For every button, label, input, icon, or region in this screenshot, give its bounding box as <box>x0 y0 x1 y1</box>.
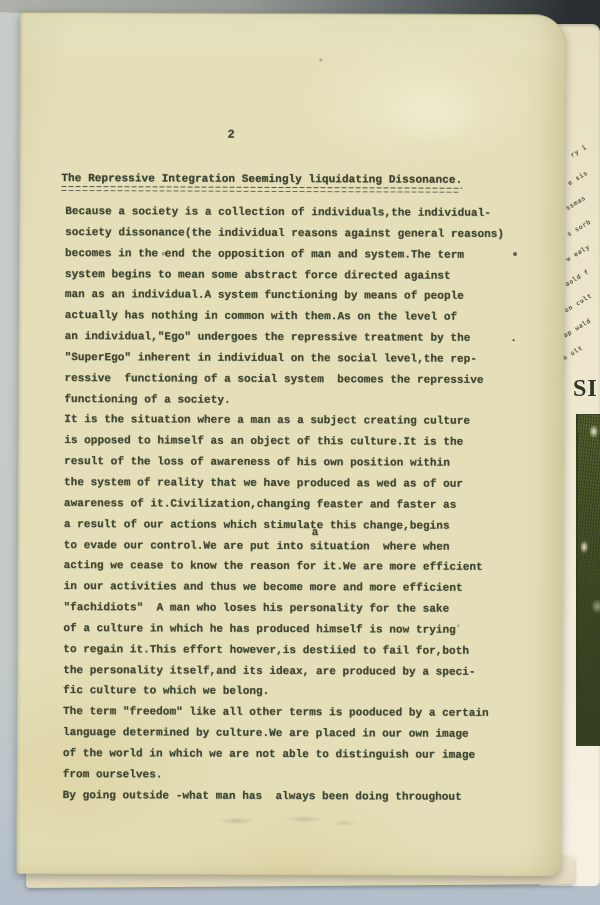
typed-line: to regain it.This effort however,is dest… <box>63 640 533 663</box>
typed-line: is opposed to himself as an object of th… <box>64 431 534 454</box>
engraving-illustration-fragment <box>576 414 600 746</box>
typed-line: the personality itself,and its ideax, ar… <box>63 661 533 684</box>
edge-text-fragment: ssmas <box>565 195 588 212</box>
document-title: The Repressive Integration Seemingly liq… <box>61 171 462 193</box>
edge-text-fragment: s sorb <box>566 219 592 239</box>
paper-specks <box>20 13 22 15</box>
typed-line: "fachidiots" A man who loses his persona… <box>63 598 533 621</box>
typed-line: awareness of it.Civilization,changing fe… <box>64 494 534 517</box>
typed-line: a result of our actions which stimulate … <box>64 515 534 538</box>
typed-line: It is the situation where a man as a sub… <box>64 410 534 433</box>
typed-line: becomes in the end the opposition of man… <box>65 244 535 267</box>
typed-line: ressive functioning of a social system b… <box>64 369 534 392</box>
typed-line: Because a society is a collection of ind… <box>65 202 535 225</box>
ink-smudge <box>207 812 357 831</box>
typed-line: language determined by culture.We are pl… <box>63 723 533 746</box>
typed-line: to evade our control.We are put into sit… <box>64 536 534 559</box>
typed-line: The term "freedom" like all other terms … <box>63 702 533 725</box>
edge-text-fragment: n ult <box>562 345 585 362</box>
next-page-heading-fragment: SI <box>573 376 598 402</box>
edge-text-fragment: aold f <box>564 269 590 289</box>
typed-line: result of the loss of awareness of his o… <box>64 452 534 475</box>
typed-line: in our activities and thus we become mor… <box>64 577 534 600</box>
paper-show-through <box>369 74 489 155</box>
typed-line: from ourselves. <box>63 765 533 788</box>
typed-line: "SuperEgo" inherent in individual on the… <box>65 348 535 371</box>
typed-line: fic culture to which we belong. <box>63 681 533 704</box>
typed-line: an individual,"Ego" undergoes the repres… <box>65 327 535 350</box>
edge-text-fragment: e sis <box>567 170 590 187</box>
body-text: Because a society is a collection of ind… <box>63 202 536 809</box>
page-number: 2 <box>228 128 235 142</box>
typed-line: By going outside -what man has always be… <box>63 786 533 809</box>
typed-line: acting we cease to know the reason for i… <box>64 556 534 579</box>
edge-text-fragment: w ealy <box>565 244 591 264</box>
typewritten-sheet: 2 The Repressive Integration Seemingly l… <box>16 12 565 876</box>
photo-of-typewritten-page: ry i e sis ssmas s sorb w ealy aold f on… <box>0 0 600 905</box>
edge-text-fragment: ap wald <box>562 318 592 340</box>
typed-line: actually has nothing in common with them… <box>65 306 535 329</box>
edge-text-fragment: on cult <box>563 293 593 315</box>
typed-line: of a culture in which he has produced hi… <box>63 619 533 642</box>
typed-line: of the world in which we are not able to… <box>63 744 533 767</box>
typed-line: society dissonance(the individual reason… <box>65 223 535 246</box>
typed-line: man as an individual.A system functionin… <box>65 285 535 308</box>
edge-text-fragment: ry i <box>569 144 588 159</box>
typed-line: functioning of a society. <box>64 390 534 413</box>
typed-line: system begins to mean some abstract forc… <box>65 265 535 288</box>
typed-line: the system of reality that we have produ… <box>64 473 534 496</box>
